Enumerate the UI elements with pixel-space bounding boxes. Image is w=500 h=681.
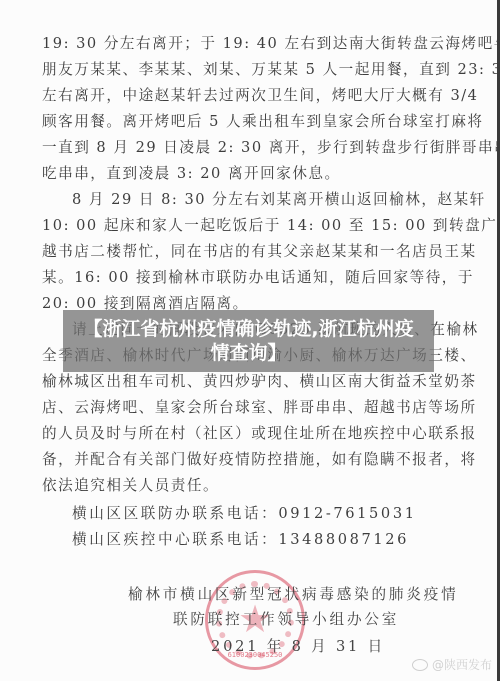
document-page: 19: 30 分左右离开；于 19: 40 左右到达南大街转盘云海烤吧与 朋友万… xyxy=(0,0,497,681)
text-line: 一直到 8 月 29 日凌晨 2: 30 离开，步行到转盘步行街胖哥串串 xyxy=(42,137,440,159)
text-line: 吃串串，直到凌晨 3: 20 离开回家休息。 xyxy=(42,163,440,185)
text-line: 越书店二楼帮忙，同在书店的有其父亲赵某某和一名店员王某 xyxy=(42,241,440,263)
watermark-text: @陕西发布 xyxy=(432,656,492,673)
text-line: 8 月 29 日 8: 30 分左右刘某离开横山返回榆林，赵某轩 xyxy=(72,189,470,211)
article-title-overlay: 【浙江省杭州疫情确诊轨迹,浙江杭州疫情查询】 xyxy=(63,310,434,372)
contact-phone-joint-office: 横山区区联防办联系电话：0912-7615031 xyxy=(72,503,470,525)
text-line: 备，并配合有关部门做好疫情防控措施，如有隐瞒不报者，将 xyxy=(42,449,440,471)
text-line: 依法追究相关人员责任。 xyxy=(42,475,440,497)
signature-org-line1: 榆林市横山区新型冠状病毒感染的肺炎疫情 xyxy=(128,584,500,606)
text-line: 的人员及时与所在村（社区）或现住址所在地疾控中心联系报 xyxy=(42,423,440,445)
text-line: 顾客用餐。离开烤吧后 5 人乘出租车到皇家会所台球室打麻将 xyxy=(42,111,440,133)
signature-org-line2: 联防联控工作领导小组办公室 xyxy=(173,609,500,631)
source-watermark: @陕西发布 xyxy=(412,656,492,673)
text-line: 榆林城区出租车司机、黄四炒驴肉、横山区南大街益禾堂奶茶 xyxy=(42,371,440,393)
text-line: 左右离开，中途赵某轩去过两次卫生间，烤吧大厅大概有 3/4 xyxy=(42,85,440,107)
text-line: 某。16: 00 接到榆林市联防办电话通知，随后回家等待，于 xyxy=(42,267,440,289)
article-title: 【浙江省杭州疫情确诊轨迹,浙江杭州疫情查询】 xyxy=(79,317,419,365)
text-line: 10: 00 起床和家人一起吃饭后于 14: 00 至 15: 00 到转盘广场… xyxy=(42,215,440,237)
text-line: 朋友万某某、李某某、刘某、万某某 5 人一起用餐，直到 23: 30 xyxy=(42,59,440,81)
text-line: 店、云海烤吧、皇家会所台球室、胖哥串串、超越书店等场所 xyxy=(42,397,440,419)
text-line: 19: 30 分左右离开；于 19: 40 左右到达南大街转盘云海烤吧与 xyxy=(42,33,440,55)
contact-phone-cdc: 横山区疾控中心联系电话：13488087126 xyxy=(72,529,470,551)
weibo-icon xyxy=(412,659,428,671)
signature-date: 2021 年 8 月 31 日 xyxy=(211,636,500,658)
